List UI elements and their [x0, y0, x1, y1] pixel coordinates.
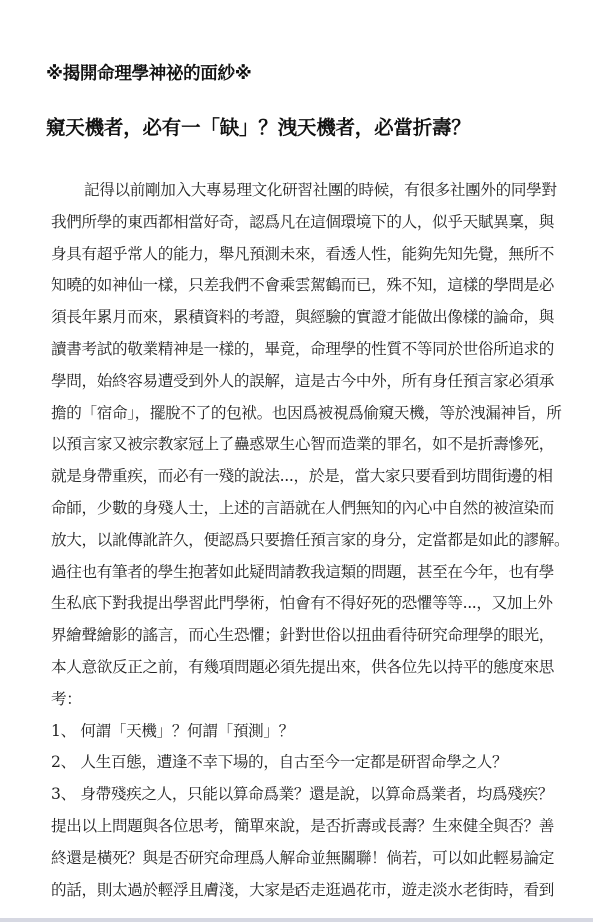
body-line: 過往也有筆者的學生抱著如此疑問請教我這類的問題，甚至在今年，也有學: [51, 557, 561, 589]
body-line: 就是身帶重疾，而必有一殘的說法...，於是，當大家只要看到坊間街邊的相: [51, 461, 561, 493]
document-page: ※揭開命理學神祕的面紗※ 窺天機者，必有一「缺」？洩天機者，必當折壽？ 記得以前…: [0, 0, 593, 918]
body-text: 記得以前剛加入大專易理文化研習社團的時候，有很多社團外的同學對 我們所學的東西都…: [51, 175, 561, 906]
body-line: 我們所學的東西都相當好奇，認爲凡在這個環境下的人，似乎天賦異稟，與: [51, 207, 561, 239]
body-line: 學問，始終容易遭受到外人的誤解，這是古今中外，所有身任預言家必須承: [51, 366, 561, 398]
document-subtitle: 窺天機者，必有一「缺」？洩天機者，必當折壽？: [46, 112, 471, 140]
body-line: 以預言家又被宗教家冠上了蠱惑眾生心智而造業的罪名，如不是折壽慘死，: [51, 429, 561, 461]
list-item-2: 2、 人生百態，遭逢不幸下場的，自古至今一定都是研習命學之人？: [51, 747, 561, 779]
body-line: 生私底下對我提出學習此門學術，怕會有不得好死的恐懼等等...，又加上外: [51, 588, 561, 620]
body-line: 命師，少數的身殘人士，上述的言語就在人們無知的內心中自然的被渲染而: [51, 493, 561, 525]
body-line: 須長年累月而來，累積資料的考證，與經驗的實證才能做出像樣的論命，與: [51, 302, 561, 334]
body-line: 記得以前剛加入大專易理文化研習社團的時候，有很多社團外的同學對: [51, 175, 561, 207]
body-line: 身具有超乎常人的能力，舉凡預測未來，看透人性，能夠先知先覺，無所不: [51, 239, 561, 271]
body-line: 知曉的如神仙一樣，只差我們不會乘雲駕鶴而已，殊不知，這樣的學問是必: [51, 270, 561, 302]
body-line: 讀書考試的敬業精神是一樣的，畢竟，命理學的性質不等同於世俗所追求的: [51, 334, 561, 366]
body-line: 界繪聲繪影的謠言，而心生恐懼；針對世俗以扭曲看待研究命理學的眼光，: [51, 620, 561, 652]
page-bottom-edge: [0, 918, 593, 922]
list-item-1: 1、 何謂「天機」？何謂「預測」？: [51, 716, 561, 748]
body-line: 終還是橫死？與是否研究命理爲人解命並無關聯！倘若，可以如此輕易論定: [51, 843, 561, 875]
list-item-3: 3、 身帶殘疾之人，只能以算命爲業？還是說，以算命爲業者，均爲殘疾？: [51, 779, 561, 811]
body-line: 本人意欲反正之前，有幾項問題必須先提出來，供各位先以持平的態度來思: [51, 652, 561, 684]
body-line: 考：: [51, 684, 561, 716]
body-line: 擔的「宿命」，擺脫不了的包袱。也因爲被視爲偷窺天機，等於洩漏神旨，所: [51, 398, 561, 430]
document-title: ※揭開命理學神祕的面紗※: [46, 60, 251, 85]
body-line: 放大，以訛傳訛許久，便認爲只要擔任預言家的身分，定當都是如此的謬解。: [51, 525, 561, 557]
page-number: 1: [0, 884, 593, 900]
body-line: 提出以上問題與各位思考，簡單來說，是否折壽或長壽？生來健全與否？善: [51, 811, 561, 843]
